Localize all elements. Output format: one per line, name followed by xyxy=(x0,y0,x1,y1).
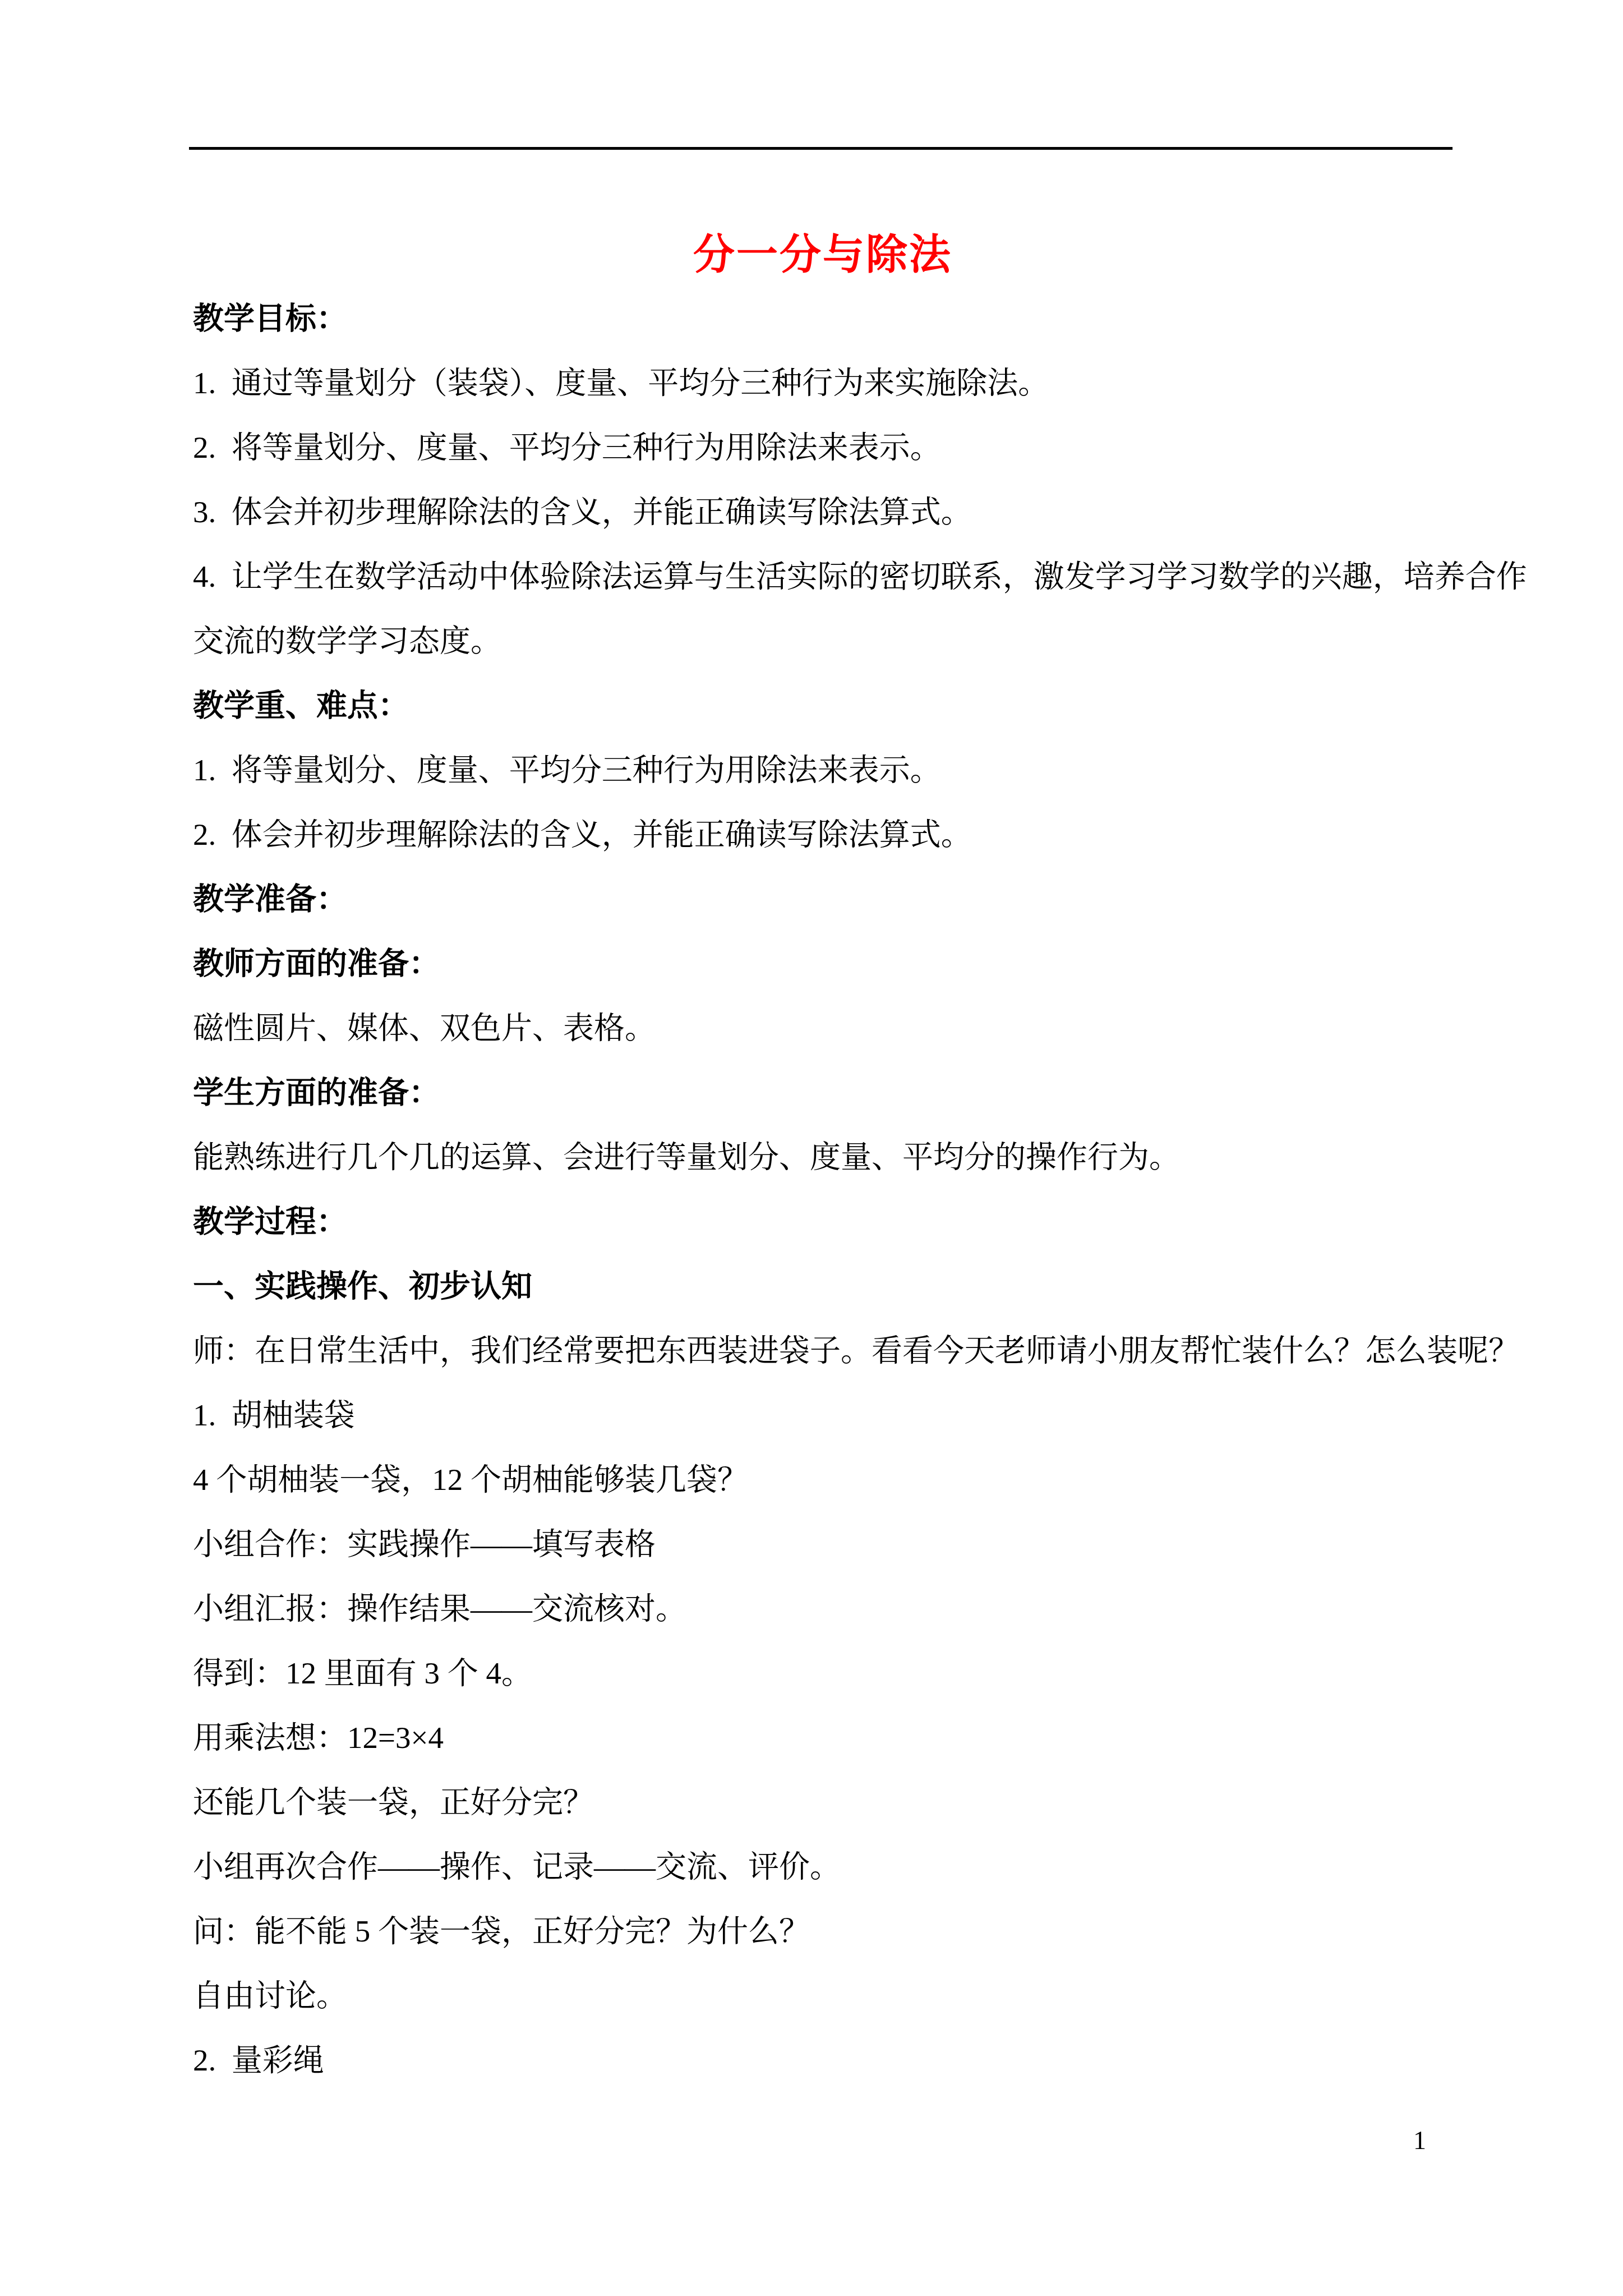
paragraph-line: 小组合作：实践操作——填写表格 xyxy=(193,1509,1453,1573)
paragraph-line: 4. 让学生在数学活动中体验除法运算与生活实际的密切联系，激发学习学习数学的兴趣… xyxy=(193,541,1453,606)
heading-line: 一、实践操作、初步认知 xyxy=(193,1251,1453,1315)
heading-line: 学生方面的准备： xyxy=(193,1057,1453,1122)
paragraph-line: 3. 体会并初步理解除法的含义，并能正确读写除法算式。 xyxy=(193,477,1453,541)
heading-line: 教师方面的准备： xyxy=(193,928,1453,993)
document-title: 分一分与除法 xyxy=(193,219,1453,283)
page-number: 1 xyxy=(1413,2128,1426,2154)
paragraph-line: 2. 将等量划分、度量、平均分三种行为用除法来表示。 xyxy=(193,412,1453,477)
heading-line: 教学重、难点： xyxy=(193,670,1453,735)
heading-line: 教学准备： xyxy=(193,864,1453,928)
paragraph-line: 用乘法想：12=3×4 xyxy=(193,1703,1453,1767)
heading-line: 教学目标： xyxy=(193,283,1453,348)
paragraph-line: 1. 胡柚装袋 xyxy=(193,1380,1453,1444)
paragraph-line: 磁性圆片、媒体、双色片、表格。 xyxy=(193,993,1453,1057)
paragraph-line: 2. 体会并初步理解除法的含义，并能正确读写除法算式。 xyxy=(193,799,1453,864)
paragraph-line: 2. 量彩绳 xyxy=(193,2025,1453,2090)
paragraph-line: 4 个胡柚装一袋，12 个胡柚能够装几袋？ xyxy=(193,1444,1453,1509)
document-page: 分一分与除法 教学目标：1. 通过等量划分（装袋）、度量、平均分三种行为来实施除… xyxy=(0,0,1623,2296)
paragraph-line: 得到：12 里面有 3 个 4。 xyxy=(193,1638,1453,1703)
paragraph-line: 师：在日常生活中，我们经常要把东西装进袋子。看看今天老师请小朋友帮忙装什么？怎么… xyxy=(193,1315,1453,1380)
paragraph-line: 问：能不能 5 个装一袋，正好分完？为什么？ xyxy=(193,1896,1453,1961)
paragraph-line: 1. 通过等量划分（装袋）、度量、平均分三种行为来实施除法。 xyxy=(193,348,1453,412)
paragraph-line: 小组汇报：操作结果——交流核对。 xyxy=(193,1573,1453,1638)
header-rule xyxy=(189,147,1453,150)
paragraph-line: 1. 将等量划分、度量、平均分三种行为用除法来表示。 xyxy=(193,735,1453,799)
paragraph-line: 自由讨论。 xyxy=(193,1961,1453,2025)
paragraph-line: 交流的数学学习态度。 xyxy=(193,606,1453,670)
document-body: 教学目标：1. 通过等量划分（装袋）、度量、平均分三种行为来实施除法。2. 将等… xyxy=(193,283,1453,2090)
heading-line: 教学过程： xyxy=(193,1186,1453,1251)
paragraph-line: 小组再次合作——操作、记录——交流、评价。 xyxy=(193,1832,1453,1896)
paragraph-line: 还能几个装一袋，正好分完？ xyxy=(193,1767,1453,1832)
paragraph-line: 能熟练进行几个几的运算、会进行等量划分、度量、平均分的操作行为。 xyxy=(193,1122,1453,1186)
